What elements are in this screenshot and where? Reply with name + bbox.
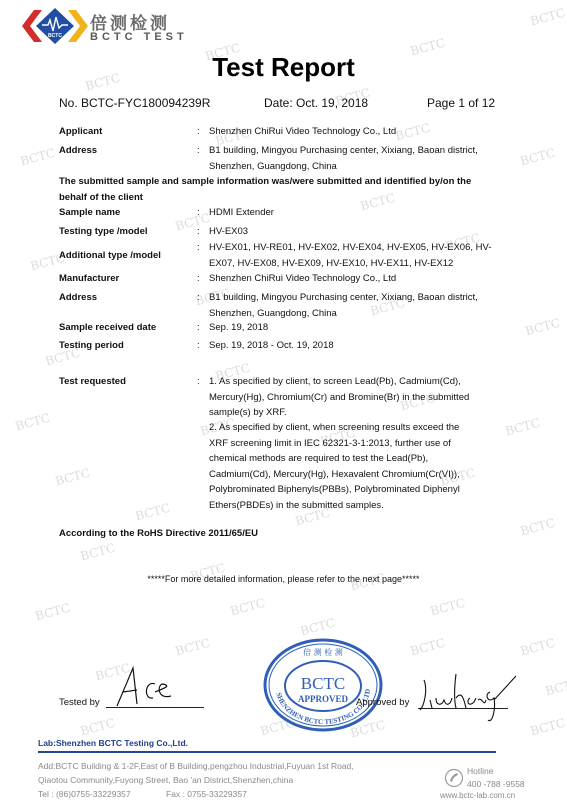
field-label: Manufacturer [59, 271, 194, 287]
approval-stamp-icon: 倍 测 检 测 BCTC APPROVED SHENZHEN BCTC TEST… [262, 636, 384, 734]
watermark-text: BCTC [54, 466, 92, 489]
phone-icon [444, 768, 464, 788]
colon: : [197, 224, 200, 240]
report-date: Date: Oct. 19, 2018 [264, 96, 368, 110]
rohs-directive: According to the RoHS Directive 2011/65/… [59, 528, 258, 539]
field-value: Shenzhen ChiRui Video Technology Co., Lt… [209, 271, 509, 287]
tested-by-label: Tested by [59, 697, 100, 708]
page-indicator: Page 1 of 12 [427, 96, 495, 110]
colon: : [197, 338, 200, 354]
logo-english-text: BCTC TEST [90, 31, 188, 43]
watermark-text: BCTC [34, 601, 72, 624]
lab-name: Lab:Shenzhen BCTC Testing Co.,Ltd. [38, 738, 188, 748]
footer-tel: Tel : (86)0755-33229357 [38, 787, 131, 801]
watermark-text: BCTC [519, 146, 557, 169]
watermark-text: BCTC [524, 316, 562, 339]
field-label: Sample received date [59, 320, 194, 336]
svg-text:BCTC: BCTC [48, 33, 62, 39]
field-label: Additional type /model [59, 248, 194, 264]
footer-address-line-2: Qiaotou Community,Fuyong Street, Bao 'an… [38, 773, 293, 787]
watermark-text: BCTC [229, 596, 267, 619]
field-value: Sep. 19, 2018 [209, 320, 509, 336]
field-value: HV-EX01, HV-RE01, HV-EX02, HV-EX04, HV-E… [209, 240, 509, 271]
watermark-text: BCTC [529, 6, 567, 29]
colon: : [197, 290, 200, 306]
address-value: B1 building, Mingyou Purchasing center, … [209, 143, 499, 174]
field-value: HV-EX03 [209, 224, 509, 240]
watermark-text: BCTC [504, 416, 542, 439]
svg-text:倍 测 检 测: 倍 测 检 测 [303, 647, 343, 657]
colon: : [197, 374, 200, 390]
refer-note: *****For more detailed information, plea… [0, 574, 567, 584]
website-link[interactable]: www.bctc-lab.com.cn [440, 791, 515, 800]
hotline-number: 400 -788 -9558 [467, 779, 525, 789]
watermark-text: BCTC [79, 541, 117, 564]
watermark-text: BCTC [409, 636, 447, 659]
address-label: Address [59, 143, 194, 159]
colon: : [197, 320, 200, 336]
field-value: B1 building, Mingyou Purchasing center, … [209, 290, 499, 321]
watermark-text: BCTC [519, 516, 557, 539]
watermark-text: BCTC [79, 716, 117, 739]
bctc-logo-icon: BCTC [22, 6, 88, 46]
applicant-label: Applicant [59, 124, 194, 140]
tested-by-signature-icon [115, 666, 175, 708]
colon: : [197, 124, 200, 140]
field-label: Address [59, 290, 194, 306]
test-item-2: 2. As specified by client, when screenin… [209, 420, 479, 513]
field-value: HDMI Extender [209, 205, 509, 221]
colon: : [197, 240, 200, 256]
footer-address-line-1: Add:BCTC Building & 1-2F,East of B Build… [38, 759, 354, 773]
approved-by-signature-icon [418, 670, 518, 726]
test-requested-label: Test requested [59, 374, 194, 390]
watermark-text: BCTC [14, 411, 52, 434]
approved-by-label: Approved by [356, 697, 409, 708]
colon: : [197, 205, 200, 221]
report-number: No. BCTC-FYC180094239R [59, 96, 210, 110]
footer-divider [38, 751, 496, 753]
svg-text:APPROVED: APPROVED [298, 694, 348, 704]
submission-statement: The submitted sample and sample informat… [59, 174, 499, 205]
footer-fax: Fax : 0755-33229357 [166, 787, 247, 801]
field-label: Testing type /model [59, 224, 194, 240]
page-title: Test Report [0, 52, 567, 83]
hotline-label: Hotline [467, 766, 493, 776]
watermark-text: BCTC [174, 636, 212, 659]
watermark-text: BCTC [19, 146, 57, 169]
field-label: Sample name [59, 205, 194, 221]
watermark-text: BCTC [299, 616, 337, 639]
watermark-text: BCTC [134, 501, 172, 524]
test-item-1: 1. As specified by client, to screen Lea… [209, 374, 479, 421]
field-value: Sep. 19, 2018 - Oct. 19, 2018 [209, 338, 509, 354]
colon: : [197, 143, 200, 159]
applicant-value: Shenzhen ChiRui Video Technology Co., Lt… [209, 124, 509, 140]
watermark-text: BCTC [529, 716, 567, 739]
watermark-text: BCTC [544, 676, 567, 699]
field-label: Testing period [59, 338, 194, 354]
watermark-text: BCTC [519, 636, 557, 659]
colon: : [197, 271, 200, 287]
svg-text:BCTC: BCTC [301, 674, 345, 693]
watermark-text: BCTC [429, 596, 467, 619]
